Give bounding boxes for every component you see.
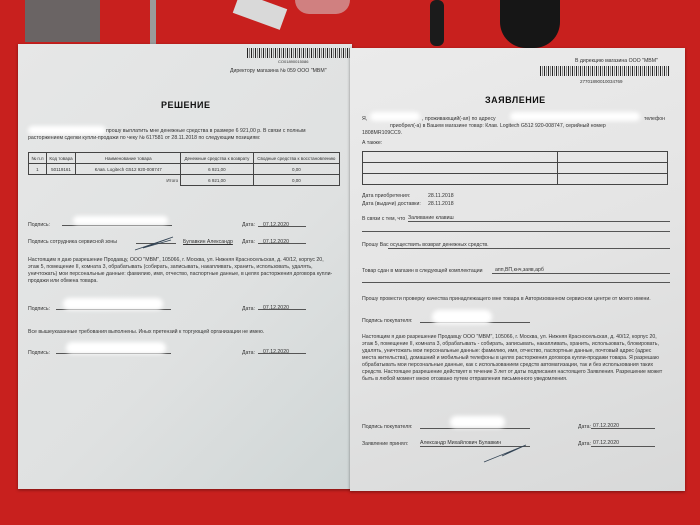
- col-header: № п.п: [29, 153, 47, 164]
- date-line: [258, 243, 306, 244]
- date-line: [258, 226, 306, 227]
- desk-object-cup: [295, 0, 350, 14]
- consent-text: Настоящим я даю разрешение Продавцу, ООО…: [28, 257, 333, 285]
- buyer-signature-label: Подпись покупателя:: [362, 424, 412, 431]
- redacted-signature: [63, 298, 163, 310]
- date-label: Дата:: [578, 424, 591, 431]
- delivery-date: 28.11.2018: [428, 201, 454, 208]
- col-header: Денежные средства к возврату: [181, 153, 254, 164]
- decision-document: CO01890015086 Директору магазина № 059 О…: [18, 44, 352, 489]
- page-title: ЗАЯВЛЕНИЕ: [485, 95, 546, 105]
- request-line: [388, 248, 670, 249]
- total-row: Итого 6 921,00 0,00: [29, 175, 340, 186]
- handwritten-signature: [480, 442, 530, 464]
- date-line: [591, 428, 655, 429]
- delivery-date-label: Дата (выдачи) доставки:: [362, 201, 421, 208]
- service-employee-name: Булавкин Александр: [183, 239, 233, 246]
- purchase-date: 28.11.2018: [428, 193, 454, 200]
- desk-object-cable: [150, 0, 156, 44]
- intro-text: Я,: [362, 116, 367, 123]
- service-signature-label: Подпись сотрудника сервисной зоны: [28, 239, 117, 246]
- also-table: [362, 151, 668, 185]
- date-line: [258, 353, 306, 354]
- date-line: [591, 446, 655, 447]
- date-label: Дата:: [578, 441, 591, 448]
- page-title: РЕШЕНИЕ: [161, 100, 211, 110]
- date-label: Дата:: [242, 350, 255, 357]
- barcode-number: CO01890015086: [278, 58, 308, 65]
- purchase-date-label: Дата приобретения:: [362, 193, 410, 200]
- desk-object-tag: [233, 0, 288, 30]
- reason-line: [362, 231, 670, 232]
- barcode: [247, 48, 351, 58]
- col-header: Наименование товара: [76, 153, 181, 164]
- col-header: Код товара: [46, 153, 75, 164]
- desk-object-box: [25, 0, 100, 42]
- signature-line: [62, 225, 172, 226]
- intro-text: телефон: [644, 116, 665, 123]
- table-row: 1 50119161 Клав. Logitech G512 920-00874…: [29, 164, 340, 175]
- reason-label: В связи с тем, что: [362, 216, 405, 223]
- addressee: Директору магазина № 059 ООО "МВМ": [230, 68, 327, 75]
- kit-line: [362, 282, 670, 283]
- kit-label: Товар сдан в магазин в следующей комплек…: [362, 268, 483, 275]
- date-label: Дата:: [242, 222, 255, 229]
- intro-text: , проживающий(-ая) по адресу: [422, 116, 496, 123]
- request-label: Прошу Вас: [362, 242, 389, 249]
- consent-text: Настоящим я даю разрешение Продавцу ООО …: [362, 334, 667, 383]
- fulfilled-statement: Все вышеуказанные требования выполнены. …: [28, 329, 264, 336]
- kit-line: [492, 273, 670, 274]
- handwritten-signature: [133, 234, 178, 252]
- signature-label: Подпись:: [28, 350, 50, 357]
- barcode-number: 27701890010034769: [580, 78, 623, 85]
- redacted-signature: [73, 216, 168, 225]
- signature-line: [420, 428, 530, 429]
- date-label: Дата:: [242, 239, 255, 246]
- signature-label: Подпись:: [28, 222, 50, 229]
- col-header: Сводные средства к восстановлению: [253, 153, 339, 164]
- desk-object-pen: [430, 0, 444, 46]
- buyer-signature-label: Подпись покупателя:: [362, 318, 412, 325]
- reason-line: [408, 221, 670, 222]
- intro-text: прошу выплатить мне денежные средства в …: [28, 128, 338, 142]
- date-line: [258, 309, 306, 310]
- redacted-signature: [450, 416, 505, 428]
- intro-text: приобрел(-а) в Вашем магазине товар: Кла…: [390, 123, 606, 130]
- also-label: А также:: [362, 140, 382, 147]
- application-document: В дирекцию магазина ООО "МВМ" 2770189001…: [350, 48, 685, 491]
- redacted-signature: [432, 310, 492, 324]
- signature-label: Подпись:: [28, 306, 50, 313]
- addressee: В дирекцию магазина ООО "МВМ": [575, 58, 658, 65]
- barcode: [540, 66, 670, 76]
- desk-object-mouse: [500, 0, 560, 48]
- accepted-by-label: Заявление принял:: [362, 441, 408, 448]
- redacted-address: [510, 112, 640, 121]
- redacted-name: [370, 112, 420, 121]
- serial-number: 1808MR109CC9.: [362, 130, 402, 137]
- items-table: № п.п Код товара Наименование товара Ден…: [28, 152, 340, 186]
- date-label: Дата:: [242, 306, 255, 313]
- redacted-signature: [66, 342, 166, 354]
- check-request: Прошу провести проверку качества принадл…: [362, 296, 667, 303]
